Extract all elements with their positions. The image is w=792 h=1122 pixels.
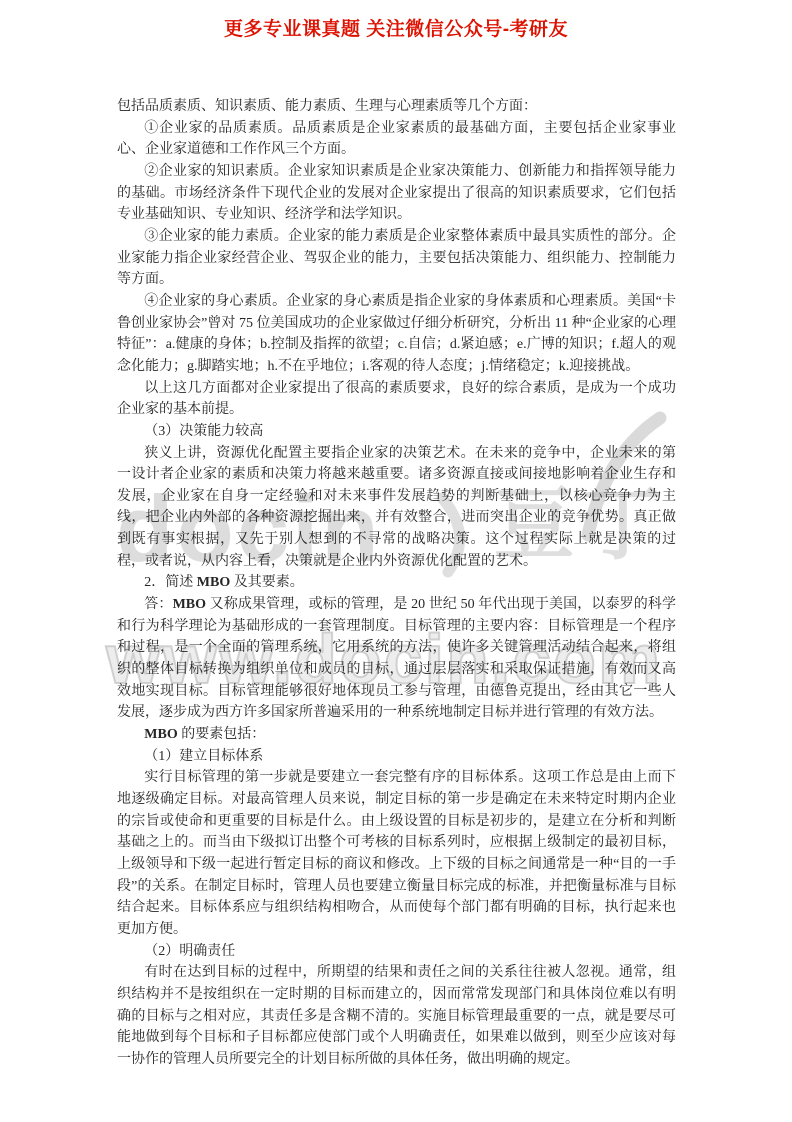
text-run: 以上这几方面都对企业家提出了很高的素质要求，良好的综合素质，是成为一个成功企业家… [117, 381, 676, 418]
document-body: 包括品质素质、知识素质、能力素质、生理与心理素质等几个方面：①企业家的品质素质。… [117, 96, 676, 1071]
paragraph: ④企业家的身心素质。企业家的身心素质是指企业家的身体素质和心理素质。美国“卡鲁创… [117, 291, 676, 378]
text-run: 的要素包括： [178, 727, 266, 742]
text-run: （2）明确责任 [144, 944, 235, 959]
paragraph: MBO 的要素包括： [117, 724, 676, 746]
text-run: ④企业家的身心素质。企业家的身心素质是指企业家的身体素质和心理素质。美国“卡鲁创… [117, 294, 676, 374]
text-run: ①企业家的品质素质。品质素质是企业家素质的最基础方面，主要包括企业家事业心、企业… [117, 121, 676, 158]
text-run: （3）决策能力较高 [144, 424, 263, 439]
text-run: 有时在达到目标的过程中，所期望的结果和责任之间的关系往往被人忽视。通常，组织结构… [117, 965, 676, 1067]
paragraph: ①企业家的品质素质。品质素质是企业家素质的最基础方面，主要包括企业家事业心、企业… [117, 118, 676, 161]
paragraph: 实行目标管理的第一步就是要建立一套完整有序的目标体系。这项工作总是由上而下地逐级… [117, 767, 676, 940]
text-run: ③企业家的能力素质。企业家的能力素质是企业家整体素质中最具实质性的部分。企业家能… [117, 229, 676, 287]
text-run: 2．简述 [144, 575, 197, 590]
text-run: （1）建立目标体系 [144, 749, 263, 764]
bold-text-run: MBO [197, 575, 230, 590]
bold-text-run: MBO [144, 727, 177, 742]
paragraph: 2．简述 MBO 及其要素。 [117, 572, 676, 594]
paragraph: （3）决策能力较高 [117, 421, 676, 443]
text-run: 包括品质素质、知识素质、能力素质、生理与心理素质等几个方面： [117, 99, 537, 114]
text-run: 答： [144, 597, 172, 612]
paragraph: 以上这几方面都对企业家提出了很高的素质要求，良好的综合素质，是成为一个成功企业家… [117, 378, 676, 421]
promo-header-text: 更多专业课真题 关注微信公众号-考研友 [0, 14, 792, 41]
text-run: 及其要素。 [230, 575, 304, 590]
paragraph: 狭义上讲，资源优化配置主要指企业家的决策艺术。在未来的竞争中，企业未来的第一设计… [117, 443, 676, 573]
paragraph: （2）明确责任 [117, 941, 676, 963]
paragraph: 有时在达到目标的过程中，所期望的结果和责任之间的关系往往被人忽视。通常，组织结构… [117, 962, 676, 1070]
bold-text-run: MBO [173, 597, 206, 612]
paragraph: （1）建立目标体系 [117, 746, 676, 768]
text-run: 狭义上讲，资源优化配置主要指企业家的决策艺术。在未来的竞争中，企业未来的第一设计… [117, 446, 676, 569]
paragraph: 答：MBO 又称成果管理，或标的管理，是 20 世纪 50 年代出现于美国，以泰… [117, 594, 676, 724]
text-run: ②企业家的知识素质。企业家知识素质是企业家决策能力、创新能力和指挥领导能力的基础… [117, 164, 676, 222]
paragraph: ③企业家的能力素质。企业家的能力素质是企业家整体素质中最具实质性的部分。企业家能… [117, 226, 676, 291]
document-page: 更多专业课真题 关注微信公众号-考研友 docin 豆丁 www.docin.c… [0, 0, 792, 1122]
paragraph: ②企业家的知识素质。企业家知识素质是企业家决策能力、创新能力和指挥领导能力的基础… [117, 161, 676, 226]
paragraph: 包括品质素质、知识素质、能力素质、生理与心理素质等几个方面： [117, 96, 676, 118]
text-run: 又称成果管理，或标的管理，是 20 世纪 50 年代出现于美国，以泰罗的科学和行… [117, 597, 676, 720]
text-run: 实行目标管理的第一步就是要建立一套完整有序的目标体系。这项工作总是由上而下地逐级… [117, 770, 676, 937]
